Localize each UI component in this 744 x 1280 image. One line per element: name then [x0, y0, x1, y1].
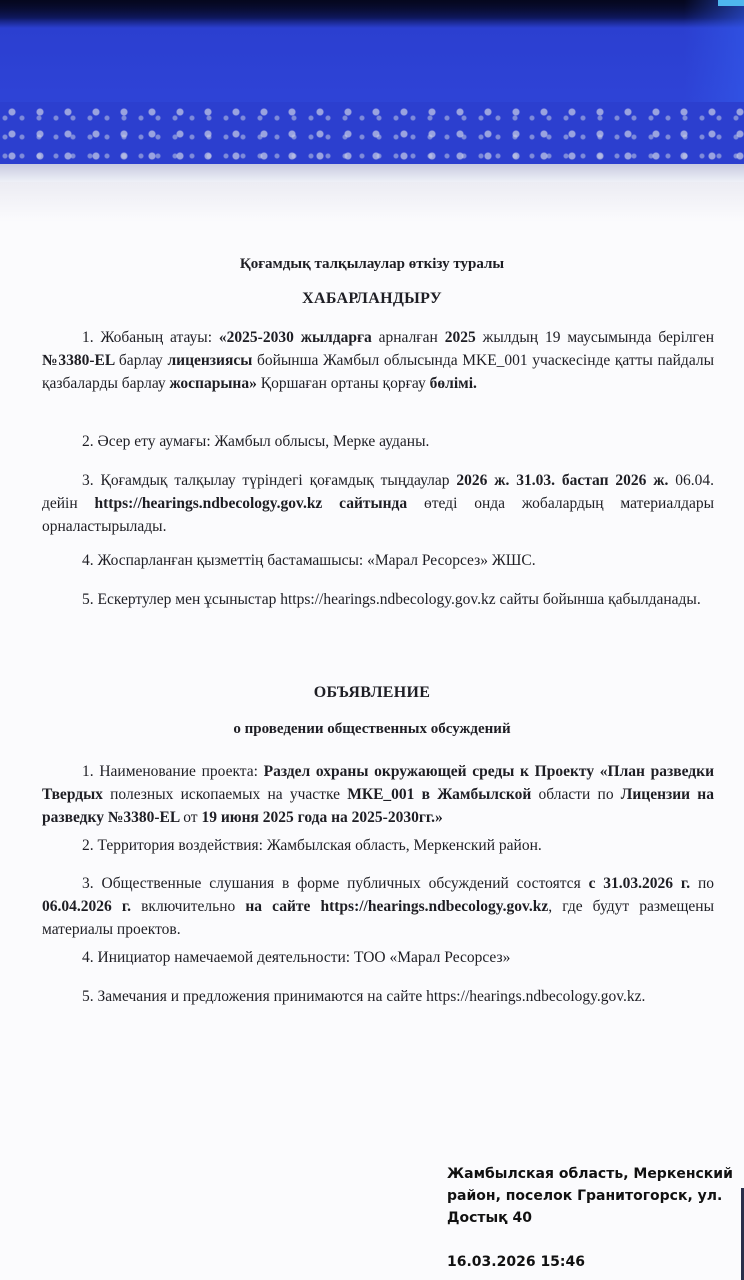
bold-text-run: 2026 ж. 31.03. бастап 2026 ж. [456, 472, 675, 489]
text-run: Территория воздействия: Жамбылская облас… [98, 837, 542, 854]
item-number: 4. [82, 949, 98, 966]
item-number: 1. [82, 763, 99, 780]
text-run: от [183, 809, 201, 826]
bold-text-run: на сайте https://hearings.ndbecology.gov… [245, 898, 548, 915]
board-corner [718, 0, 744, 6]
text-run: 06.04. [675, 472, 714, 489]
bold-text-run: 06.04.2026 г. [42, 898, 141, 915]
kazakh-notice-title: ХАБАРЛАНДЫРУ [0, 290, 744, 308]
board-shadow [0, 0, 744, 20]
text-run: Қоршаған ортаны қорғау [261, 375, 430, 392]
text-run: Жобаның атауы: [101, 329, 219, 346]
kazakh-item-5: 5. Ескертулер мен ұсыныстар https://hear… [42, 588, 714, 611]
russian-item-5: 5. Замечания и предложения принимаются н… [42, 985, 714, 1008]
text-run: Общественные слушания в форме публичных … [102, 875, 589, 892]
text-run: Жоспарланған қызметтің бастамашысы: «Мар… [98, 552, 536, 569]
item-number: 4. [82, 552, 98, 569]
bold-text-run: «2025-2030 жылдарға [219, 329, 379, 346]
photo-timestamp: 16.03.2026 15:46 [447, 1251, 737, 1273]
text-run: Ескертулер мен ұсыныстар https://hearing… [98, 591, 701, 608]
bold-text-run: с 31.03.2026 г. [589, 875, 698, 892]
kazakh-item-2: 2. Әсер ету аумағы: Жамбыл облысы, Мерке… [42, 430, 714, 453]
item-number: 3. [82, 472, 101, 489]
text-run: Наименование проекта: [99, 763, 263, 780]
russian-item-4: 4. Инициатор намечаемой деятельности: ТО… [42, 946, 714, 969]
item-number: 5. [82, 591, 98, 608]
russian-item-1: 1. Наименование проекта: Раздел охраны о… [42, 760, 714, 829]
bold-text-run: жоспарына» [170, 375, 261, 392]
paper-shadow [0, 182, 744, 222]
kazakh-item-1: 1. Жобаның атауы: «2025-2030 жылдарға ар… [42, 326, 714, 395]
item-number: 3. [82, 875, 102, 892]
paper-top-edge [0, 164, 744, 182]
kazakh-item-4: 4. Жоспарланған қызметтің бастамашысы: «… [42, 549, 714, 572]
text-run: Әсер ету аумағы: Жамбыл облысы, Мерке ау… [98, 433, 430, 450]
text-run: включительно [141, 898, 245, 915]
text-run: по [698, 875, 714, 892]
text-run: Инициатор намечаемой деятельности: ТОО «… [98, 949, 511, 966]
text-run: арналған [379, 329, 445, 346]
item-number: 2. [82, 433, 98, 450]
bold-text-run: лицензиясы [167, 352, 257, 369]
bold-text-run: МКЕ_001 в Жамбылской [347, 786, 538, 803]
photo-location-overlay: Жамбылская область, Меркенский район, по… [447, 1163, 737, 1273]
bold-text-run: https://hearings.ndbecology.gov.kz сайты… [95, 495, 424, 512]
russian-item-3: 3. Общественные слушания в форме публичн… [42, 872, 714, 941]
bold-text-run: 2025 [445, 329, 483, 346]
adhesive-tape-strip [0, 102, 744, 172]
text-run: жылдың 19 маусымында берілген [483, 329, 714, 346]
text-run: на участке [268, 786, 348, 803]
bold-text-run: 19 июня 2025 года на 2025-2030гг.» [201, 809, 442, 826]
photo-address: Жамбылская область, Меркенский район, по… [447, 1166, 733, 1226]
bold-text-run: №3380-EL [42, 352, 119, 369]
item-number: 2. [82, 837, 98, 854]
item-number: 1. [82, 329, 101, 346]
blue-notice-board-photo [0, 0, 744, 182]
text-run: полезных ископаемых [110, 786, 267, 803]
kazakh-item-3: 3. Қоғамдық талқылау түріндегі қоғамдық … [42, 469, 714, 538]
russian-notice-subtitle: о проведении общественных обсуждений [0, 721, 744, 738]
text-run: дейін [42, 495, 95, 512]
text-run: Замечания и предложения принимаются на с… [98, 988, 646, 1005]
text-run: области по [539, 786, 621, 803]
text-run: Қоғамдық талқылау түріндегі қоғамдық тың… [101, 472, 457, 489]
russian-item-2: 2. Территория воздействия: Жамбылская об… [42, 834, 714, 857]
bold-text-run: бөлімі. [430, 375, 477, 392]
text-run: барлау [119, 352, 168, 369]
item-number: 5. [82, 988, 98, 1005]
russian-notice-title: ОБЪЯВЛЕНИЕ [0, 684, 744, 702]
kazakh-notice-subtitle: Қоғамдық талқылаулар өткізу туралы [0, 256, 744, 273]
